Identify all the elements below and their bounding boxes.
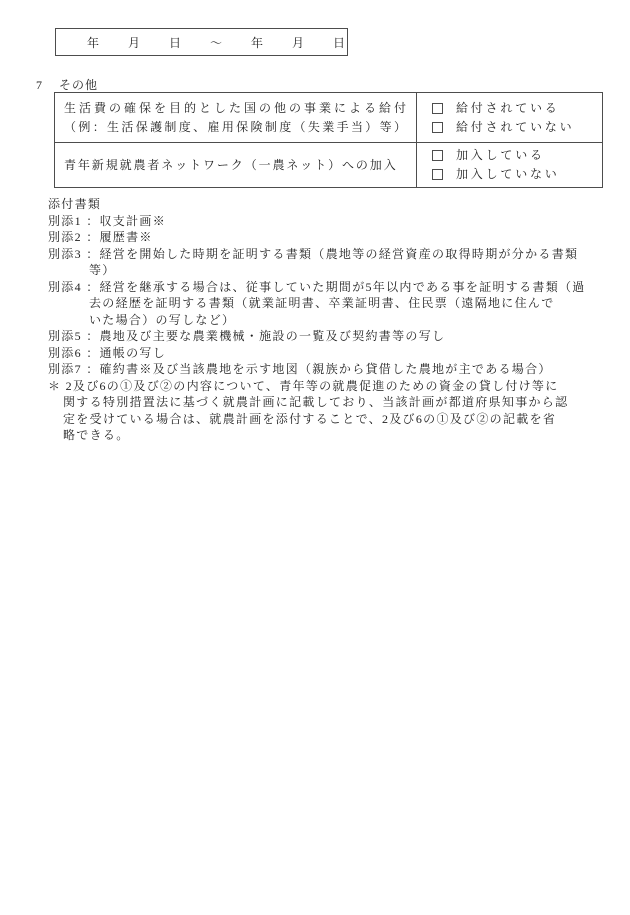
- network-label-cell: 青年新規就農者ネットワーク（一農ネット）への加入: [55, 143, 417, 188]
- document-page: 年 月 日 ～ 年 月 日 7その他 生活費の確保を目的とした国の他の事業による…: [0, 0, 630, 915]
- option-label: 給付されていない: [456, 118, 574, 137]
- section-number: 7: [36, 78, 43, 92]
- network-options-cell: 加入している 加入していない: [417, 143, 603, 188]
- option-label: 加入している: [456, 146, 545, 165]
- option-benefit-no: 給付されていない: [432, 118, 600, 137]
- attachment-item: 別添2 ：履歴書※: [48, 229, 608, 246]
- benefit-label-line1: 生活費の確保を目的とした国の他の事業による給付: [64, 99, 407, 118]
- attachment-item: 別添1 ：収支計画※: [48, 213, 608, 230]
- checkbox-unchecked-icon[interactable]: [432, 150, 443, 161]
- benefit-options-cell: 給付されている 給付されていない: [417, 93, 603, 143]
- section-title: その他: [59, 78, 98, 92]
- attachment-item: 別添3 ：経営を開始した時期を証明する書類（農地等の経営資産の取得時期が分かる書…: [48, 246, 608, 263]
- date-range-field: 年 月 日 ～ 年 月 日: [55, 28, 348, 56]
- benefit-label-cell: 生活費の確保を目的とした国の他の事業による給付 （例：生活保護制度、雇用保険制度…: [55, 93, 417, 143]
- attachment-item-continuation: 等）: [48, 262, 608, 279]
- checkbox-unchecked-icon[interactable]: [432, 122, 443, 133]
- attachment-item-continuation: 去の経歴を証明する書類（就業証明書、卒業証明書、住民票（遠隔地に住んで: [48, 295, 608, 312]
- attachment-item: 別添4 ：経営を継承する場合は、従事していた期間が5年以内である事を証明する書類…: [48, 279, 608, 296]
- table-row-benefit: 生活費の確保を目的とした国の他の事業による給付 （例：生活保護制度、雇用保険制度…: [55, 93, 603, 143]
- option-network-yes: 加入している: [432, 146, 600, 165]
- attachments-section: 添付書類 別添1 ：収支計画※ 別添2 ：履歴書※ 別添3 ：経営を開始した時期…: [48, 196, 608, 444]
- option-network-no: 加入していない: [432, 165, 600, 184]
- date-range-text: 年 月 日 ～ 年 月 日: [87, 34, 346, 51]
- table-row-network: 青年新規就農者ネットワーク（一農ネット）への加入 加入している 加入していない: [55, 143, 603, 188]
- option-label: 給付されている: [456, 99, 560, 118]
- network-label-line1: 青年新規就農者ネットワーク（一農ネット）への加入: [64, 156, 407, 175]
- benefit-label-line2: （例：生活保護制度、雇用保険制度（失業手当）等）: [64, 118, 407, 137]
- other-items-table: 生活費の確保を目的とした国の他の事業による給付 （例：生活保護制度、雇用保険制度…: [54, 92, 603, 188]
- attachment-item-continuation: いた場合）の写しなど）: [48, 312, 608, 329]
- attachment-item: 別添6 ：通帳の写し: [48, 345, 608, 362]
- attachments-heading: 添付書類: [48, 196, 608, 213]
- section-heading: 7その他: [36, 76, 98, 93]
- option-benefit-yes: 給付されている: [432, 99, 600, 118]
- attachment-item: 別添7 ：確約書※及び当該農地を示す地図（親族から貸借した農地が主である場合）: [48, 361, 608, 378]
- option-label: 加入していない: [456, 165, 560, 184]
- attachment-item: 別添5 ：農地及び主要な農業機械・施設の一覧及び契約書等の写し: [48, 328, 608, 345]
- footnote-line: ＊ 2及び6の①及び②の内容について、青年等の就農促進のための資金の貸し付け等に: [48, 378, 608, 395]
- footnote-line: 関する特別措置法に基づく就農計画に記載しており、当該計画が都道府県知事から認: [48, 394, 608, 411]
- checkbox-unchecked-icon[interactable]: [432, 169, 443, 180]
- footnote-line: 定を受けている場合は、就農計画を添付することで、2及び6の①及び②の記載を省: [48, 411, 608, 428]
- footnote-line: 略できる。: [48, 427, 608, 444]
- checkbox-unchecked-icon[interactable]: [432, 103, 443, 114]
